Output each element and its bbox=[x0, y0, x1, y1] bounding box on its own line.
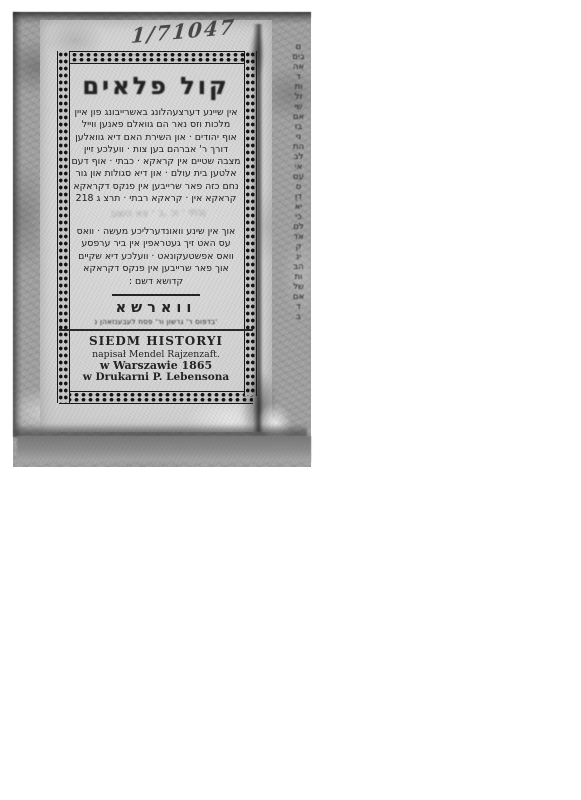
hebrew-fragment: יא bbox=[289, 202, 308, 212]
ornamental-border-bottom bbox=[59, 391, 253, 404]
hebrew-fragment: אה bbox=[289, 62, 308, 72]
text-line: קראקא אין · קראקא רבתי · תרצ ג 218 bbox=[70, 193, 242, 205]
hebrew-fragment: עם bbox=[289, 172, 308, 182]
hebrew-fragment: לב bbox=[289, 152, 308, 162]
hebrew-fragment: שי bbox=[289, 102, 308, 112]
hebrew-fragment: של bbox=[289, 282, 308, 292]
hebrew-fragment: ינ bbox=[289, 252, 308, 262]
yiddish-paragraph-2: אוך אין שינע וואונדערליכע מעשה · וואסעס … bbox=[70, 226, 242, 288]
hebrew-fragment: ות bbox=[289, 272, 308, 282]
polish-printer-line: w Drukarni P. Lebensona bbox=[68, 371, 244, 383]
text-line: מלכות וזס נאר הם גוואלם פאנען ווייל bbox=[70, 119, 242, 131]
polish-title: SIEDM HISTORYI bbox=[68, 334, 244, 348]
scan-shadow bbox=[17, 436, 311, 466]
hebrew-fragment: ות bbox=[289, 82, 308, 92]
text-line: אוך אין שינע וואונדערליכע מעשה · וואס bbox=[70, 226, 242, 238]
hebrew-fragment: הב bbox=[289, 262, 308, 272]
ornamental-border-top bbox=[57, 51, 255, 64]
text-line: קדושא דשם : bbox=[70, 276, 242, 288]
text-line: אלטען בית עולם · און דיא סגולות און גור bbox=[70, 168, 242, 180]
text-line: אוף יהודים · און השירת האם דיא גוואלען bbox=[70, 132, 242, 144]
text-line: עס האט זיך געטראפין אין ביר ערפסע bbox=[70, 238, 242, 250]
crease-stain-top bbox=[249, 28, 265, 80]
hebrew-fragment: ד bbox=[289, 72, 308, 82]
text-line: נחם כזה פאר שרייבען אין פנקס דקראקא bbox=[70, 181, 242, 193]
hebrew-fragment: אם bbox=[289, 112, 308, 122]
hebrew-fragment: לם bbox=[289, 222, 308, 232]
book-left-edge bbox=[13, 12, 22, 437]
hebrew-fragment: ס bbox=[289, 182, 308, 192]
hebrew-fragment: כי bbox=[289, 212, 308, 222]
adjacent-page-text-sliver: םביםאהדותזלשיאםבוניהתלבאיעםסדןיאכילםאדקי… bbox=[289, 42, 308, 324]
hebrew-fragment: ד bbox=[289, 302, 308, 312]
text-line: אוך פאר שרייבען אין פנקס דקראקא bbox=[70, 263, 242, 275]
hebrew-fragment: ב bbox=[289, 312, 308, 322]
hebrew-fragment: הת bbox=[289, 142, 308, 152]
hebrew-fragment: אד bbox=[289, 232, 308, 242]
hebrew-fragment: בו bbox=[289, 122, 308, 132]
hebrew-fragment: אי bbox=[289, 162, 308, 172]
divider-rule-long bbox=[59, 329, 253, 331]
hebrew-fragment: ק bbox=[289, 242, 308, 252]
printer-imprint-hebrew: בדפוס ר' גרשון ור' פסח לעבענזאהן נ' bbox=[68, 318, 244, 326]
divider-rule-short bbox=[112, 294, 200, 296]
hebrew-fragment: ני bbox=[289, 132, 308, 142]
place-of-publication: ווארשא bbox=[68, 300, 244, 316]
hebrew-fragment: ם bbox=[289, 42, 308, 52]
scanned-photocopy: 1/71047 קול פלאים אין שיינע דערצעהלונג ב… bbox=[0, 0, 581, 800]
hebrew-fragment: דן bbox=[289, 192, 308, 202]
hebrew-fragment: אם bbox=[289, 292, 308, 302]
text-line: אין שיינע דערצעהלונג באשרייבונג פון איין bbox=[70, 107, 242, 119]
text-line: דורך ר' אברהם בען צות · וועלכע זיין bbox=[70, 144, 242, 156]
hebrew-fragment: זל bbox=[289, 92, 308, 102]
text-line: וואס אפשטעקונאט · וועלכע דיא שקיים bbox=[70, 251, 242, 263]
book-scan: 1/71047 קול פלאים אין שיינע דערצעהלונג ב… bbox=[13, 12, 311, 467]
book-title-hebrew: קול פלאים bbox=[68, 72, 244, 100]
text-line: מצבה שטיים אין קראקא · כבתי · אוף דעם bbox=[70, 156, 242, 168]
yiddish-paragraph-1: אין שיינע דערצעהלונג באשרייבונג פון איין… bbox=[70, 107, 242, 205]
hebrew-fragment: בים bbox=[289, 52, 308, 62]
